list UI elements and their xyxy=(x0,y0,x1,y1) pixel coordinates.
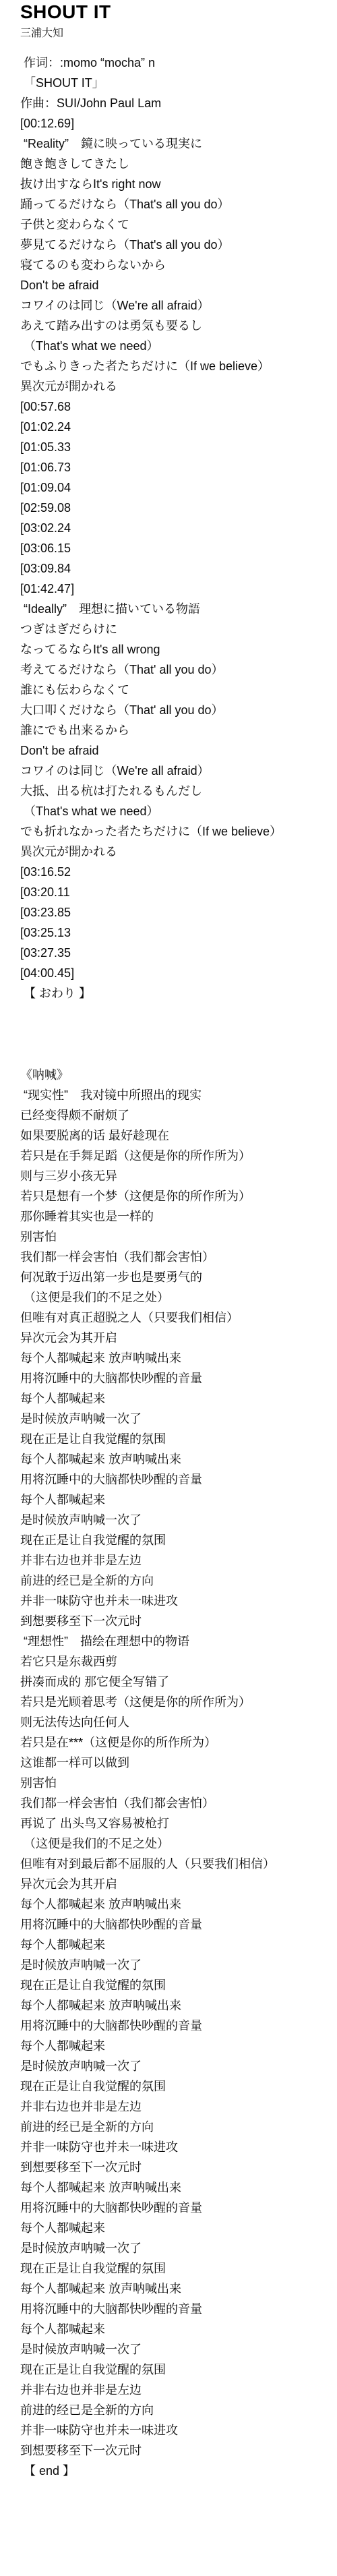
lyric-line: 现在正是让自我觉醒的氛围 xyxy=(20,2360,324,2380)
lyric-line: [01:06.73 xyxy=(20,457,324,477)
lyric-line: コワイのは同じ（We're all afraid） xyxy=(20,295,324,316)
lyric-line: 用将沉睡中的大脑都快吵醒的音量 xyxy=(20,2299,324,2319)
japanese-lyrics-section: 作词：:momo “mocha” n 「SHOUT IT」作曲：SUI/John… xyxy=(20,53,324,1003)
lyric-line: 那你睡着其实也是一样的 xyxy=(20,1206,324,1227)
lyric-line: 到想要移至下一次元时 xyxy=(20,1611,324,1631)
lyric-line: 现在正是让自我觉醒的氛围 xyxy=(20,1530,324,1550)
lyric-line: 再说了 出头鸟又容易被枪打 xyxy=(20,1813,324,1834)
lyric-line: 现在正是让自我觉醒的氛围 xyxy=(20,2076,324,2097)
lyric-line: 并非右边也并非是左边 xyxy=(20,2097,324,2117)
lyric-line: 【 end 】 xyxy=(20,2461,324,2481)
lyric-line: 每个人都喊起来 xyxy=(20,1490,324,1510)
lyric-line: [01:09.04 xyxy=(20,477,324,498)
lyric-line: （That's what we need） xyxy=(20,336,324,356)
lyric-line: 誰にでも出来るから xyxy=(20,720,324,740)
lyric-line: （这便是我们的不足之处） xyxy=(20,1834,324,1854)
lyric-line: あえて踏み出すのは勇気も要るし xyxy=(20,316,324,336)
lyric-line: 用将沉睡中的大脑都快吵醒的音量 xyxy=(20,2198,324,2218)
lyric-line: 是时候放声呐喊一次了 xyxy=(20,1510,324,1530)
lyric-line: 现在正是让自我觉醒的氛围 xyxy=(20,2258,324,2279)
lyric-line: [03:25.13 xyxy=(20,923,324,943)
lyric-line: 这谁都一样可以做到 xyxy=(20,1753,324,1773)
lyric-line: [03:27.35 xyxy=(20,943,324,963)
lyric-line: [01:05.33 xyxy=(20,437,324,457)
lyric-line: [00:57.68 xyxy=(20,397,324,417)
lyric-line: [03:06.15 xyxy=(20,538,324,558)
lyric-line: 如果要脱离的话 最好趁现在 xyxy=(20,1125,324,1146)
lyric-line: 到想要移至下一次元时 xyxy=(20,2440,324,2461)
lyric-line: 是时候放声呐喊一次了 xyxy=(20,2238,324,2258)
lyric-line: なってるならIt's all wrong xyxy=(20,639,324,660)
lyric-line: 若只是在手舞足蹈（这便是你的所作所为） xyxy=(20,1146,324,1166)
lyric-line: 大口叩くだけなら（That' all you do） xyxy=(20,700,324,720)
lyric-line: 何况敢于迈出第一步也是要勇气的 xyxy=(20,1267,324,1287)
lyric-line: 考えてるだけなら（That' all you do） xyxy=(20,660,324,680)
lyric-line: 誰にも伝わらなくて xyxy=(20,680,324,700)
lyric-line: 每个人都喊起来 放声呐喊出来 xyxy=(20,1449,324,1469)
lyric-line: 用将沉睡中的大脑都快吵醒的音量 xyxy=(20,2016,324,2036)
lyric-line: 每个人都喊起来 放声呐喊出来 xyxy=(20,2279,324,2299)
lyric-line: 则无法传达向任何人 xyxy=(20,1712,324,1732)
lyric-line: 異次元が開かれる xyxy=(20,842,324,862)
lyric-line: 现在正是让自我觉醒的氛围 xyxy=(20,1975,324,1995)
lyric-line: 则与三岁小孩无异 xyxy=(20,1166,324,1186)
lyric-line: [03:02.24 xyxy=(20,518,324,538)
lyric-line: 前进的经已是全新的方向 xyxy=(20,2400,324,2420)
lyric-line: 异次元会为其开启 xyxy=(20,1328,324,1348)
lyric-line: 若只是想有一个梦（这便是你的所作所为） xyxy=(20,1186,324,1206)
lyric-line: “理想性” 描绘在理想中的物语 xyxy=(20,1631,324,1651)
lyric-line: 用将沉睡中的大脑都快吵醒的音量 xyxy=(20,1914,324,1935)
artist-name: 三浦大知 xyxy=(20,26,324,42)
lyric-line: 【 おわり 】 xyxy=(20,983,324,1003)
lyric-line: 飽き飽きしてきたし xyxy=(20,154,324,174)
lyric-line: 但唯有对真正超脱之人（只要我们相信） xyxy=(20,1308,324,1328)
lyric-line: 现在正是让自我觉醒的氛围 xyxy=(20,1429,324,1449)
lyric-line: Don't be afraid xyxy=(20,275,324,295)
lyric-line: つぎはぎだらけに xyxy=(20,619,324,639)
lyric-line: 拼凑而成的 那它便全写错了 xyxy=(20,1672,324,1692)
page-title: SHOUT IT xyxy=(20,0,324,24)
lyric-line: 每个人都喊起来 xyxy=(20,2036,324,2056)
lyric-line: 是时候放声呐喊一次了 xyxy=(20,2339,324,2360)
lyric-line: 到想要移至下一次元时 xyxy=(20,2157,324,2177)
lyric-line: 并非一味防守也并未一味进攻 xyxy=(20,1591,324,1611)
lyric-line: “Reality” 鏡に映っている現実に xyxy=(20,134,324,154)
lyric-line: 每个人都喊起来 放声呐喊出来 xyxy=(20,1995,324,2016)
lyric-line: 每个人都喊起来 xyxy=(20,2319,324,2339)
lyric-line: 我们都一样会害怕（我们都会害怕） xyxy=(20,1793,324,1813)
lyric-line: 但唯有对到最后都不屈服的人（只要我们相信） xyxy=(20,1854,324,1874)
lyric-line: “现实性” 我对镜中所照出的现实 xyxy=(20,1085,324,1105)
lyric-line: 作曲：SUI/John Paul Lam xyxy=(20,93,324,113)
lyric-line: 并非一味防守也并未一味进攻 xyxy=(20,2137,324,2157)
lyric-line: 若只是在***（这便是你的所作所为） xyxy=(20,1732,324,1753)
lyric-line: 别害怕 xyxy=(20,1773,324,1793)
lyric-line: 若它只是东裁西剪 xyxy=(20,1651,324,1672)
lyric-line: 踊ってるだけなら（That's all you do） xyxy=(20,194,324,214)
lyric-line: [03:16.52 xyxy=(20,862,324,882)
lyric-line: 抜け出すならIt's right now xyxy=(20,174,324,194)
lyric-line: 用将沉睡中的大脑都快吵醒的音量 xyxy=(20,1469,324,1490)
lyric-line: （这便是我们的不足之处） xyxy=(20,1287,324,1308)
chinese-lyrics-section: 《呐喊》 “现实性” 我对镜中所照出的现实已经变得颇不耐烦了如果要脱离的话 最好… xyxy=(20,1065,324,2481)
lyric-line: [03:09.84 xyxy=(20,558,324,579)
lyric-line: 每个人都喊起来 xyxy=(20,1935,324,1955)
lyric-line: 異次元が開かれる xyxy=(20,376,324,397)
lyric-line: 每个人都喊起来 xyxy=(20,2218,324,2238)
lyric-line: 并非右边也并非是左边 xyxy=(20,1550,324,1571)
lyric-line: 大抵、出る杭は打たれるもんだし xyxy=(20,781,324,801)
lyric-line: [01:42.47] xyxy=(20,579,324,599)
lyric-line: [01:02.24 xyxy=(20,417,324,437)
lyric-line: 我们都一样会害怕（我们都会害怕） xyxy=(20,1247,324,1267)
lyric-line: 寝てるのも変わらないから xyxy=(20,255,324,275)
lyric-line: 是时候放声呐喊一次了 xyxy=(20,1955,324,1975)
lyric-line: 前进的经已是全新的方向 xyxy=(20,2117,324,2137)
lyric-line: Don't be afraid xyxy=(20,740,324,761)
lyric-line: 「SHOUT IT」 xyxy=(20,73,324,93)
lyric-line: 每个人都喊起来 放声呐喊出来 xyxy=(20,2177,324,2198)
lyric-line: 每个人都喊起来 放声呐喊出来 xyxy=(20,1894,324,1914)
lyric-line: [03:23.85 xyxy=(20,902,324,923)
lyric-line: 《呐喊》 xyxy=(20,1065,324,1085)
lyric-line: 前进的经已是全新的方向 xyxy=(20,1571,324,1591)
lyric-line: [03:20.11 xyxy=(20,882,324,902)
lyric-line: 每个人都喊起来 xyxy=(20,1388,324,1409)
lyrics-page: SHOUT IT 三浦大知 作词：:momo “mocha” n 「SHOUT … xyxy=(0,0,337,2508)
lyric-line: （That's what we need） xyxy=(20,801,324,821)
lyric-line: 并非一味防守也并未一味进攻 xyxy=(20,2420,324,2440)
lyric-line: 作词：:momo “mocha” n xyxy=(20,53,324,73)
lyric-line: 是时候放声呐喊一次了 xyxy=(20,1409,324,1429)
lyric-line: コワイのは同じ（We're all afraid） xyxy=(20,761,324,781)
lyric-line: “Ideally” 理想に描いている物語 xyxy=(20,599,324,619)
lyric-line: [04:00.45] xyxy=(20,963,324,983)
lyric-line: [02:59.08 xyxy=(20,498,324,518)
lyric-line: でも折れなかった者たちだけに（If we believe） xyxy=(20,821,324,842)
lyric-line: 用将沉睡中的大脑都快吵醒的音量 xyxy=(20,1368,324,1388)
lyric-line: 并非右边也并非是左边 xyxy=(20,2380,324,2400)
lyric-line: 已经变得颇不耐烦了 xyxy=(20,1105,324,1125)
lyric-line: 是时候放声呐喊一次了 xyxy=(20,2056,324,2076)
lyric-line: 子供と変わらなくて xyxy=(20,214,324,235)
lyric-line: 异次元会为其开启 xyxy=(20,1874,324,1894)
lyric-line: 若只是光顾着思考（这便是你的所作所为） xyxy=(20,1692,324,1712)
lyric-line: 夢見てるだけなら（That's all you do） xyxy=(20,235,324,255)
lyric-line: 别害怕 xyxy=(20,1227,324,1247)
lyric-line: でもふりきった者たちだけに（If we believe） xyxy=(20,356,324,376)
lyric-line: [00:12.69] xyxy=(20,113,324,134)
lyric-line: 每个人都喊起来 放声呐喊出来 xyxy=(20,1348,324,1368)
